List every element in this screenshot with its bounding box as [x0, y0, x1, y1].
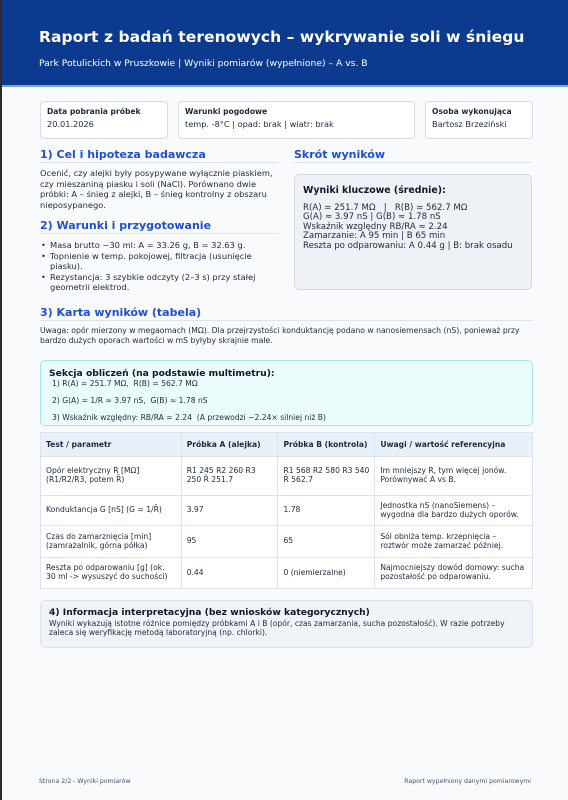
- table-cell: 95: [181, 526, 278, 558]
- summary-line: Reszta po odparowaniu: A 0.44 g | B: bra…: [303, 242, 523, 251]
- calculation-box: Sekcja obliczeń (na podstawie multimetru…: [40, 360, 533, 426]
- interpretation-box: 4) Informacja interpretacyjna (bez wnios…: [40, 600, 533, 648]
- list-item: Topnienie w temp. pokojowej, filtracja (…: [40, 251, 285, 272]
- results-table: Test / parametr Próbka A (alejka) Próbka…: [40, 432, 533, 589]
- column-header: Próbka B (kontrola): [278, 433, 375, 457]
- info-value: 20.01.2026: [47, 119, 161, 129]
- interpretation-text: Wyniki wykazują istotne różnice pomiędzy…: [49, 619, 524, 637]
- table-cell: R1 245 R2 260 R3 250 R̄ 251.7: [181, 457, 278, 496]
- table-cell: 0.44: [181, 558, 278, 589]
- info-value: temp. -8°C | opad: brak | wiatr: brak: [185, 119, 408, 129]
- report-header: Raport z badań terenowych – wykrywanie s…: [2, 0, 568, 87]
- table-cell: 1.78: [278, 496, 375, 526]
- calculation-line: 3) Wskaźnik względny: RB/RA = 2.24 (A pr…: [49, 413, 524, 422]
- summary-box: Wyniki kluczowe (średnie): R(A) = 251.7 …: [294, 174, 532, 290]
- info-label: Data pobrania próbek: [47, 107, 161, 116]
- table-cell: Konduktancja G [nS] (G = 1/R̄): [41, 496, 182, 526]
- table-cell: R1 568 R2 580 R3 540 R̄ 562.7: [278, 457, 375, 496]
- table-row: Konduktancja G [nS] (G = 1/R̄) 3.97 1.78…: [41, 496, 533, 526]
- table-header-row: Test / parametr Próbka A (alejka) Próbka…: [41, 433, 533, 457]
- column-header: Test / parametr: [41, 433, 182, 457]
- goal-text: Ocenić, czy alejki były posypywane wyłąc…: [40, 168, 282, 210]
- info-label: Osoba wykonująca: [432, 107, 526, 116]
- table-row: Czas do zamarznięcia [min] (zamrażalnik,…: [41, 526, 533, 558]
- info-card-date: Data pobrania próbek 20.01.2026: [40, 101, 168, 139]
- table-cell: Im mniejszy R, tym więcej jonów. Porówny…: [375, 457, 533, 496]
- table-cell: Najmocniejszy dowód domowy: sucha pozost…: [375, 558, 533, 589]
- column-header: Próbka A (alejka): [181, 433, 278, 457]
- section-title-results: 3) Karta wyników (tabela): [40, 306, 533, 321]
- section-title-goal: 1) Cel i hipoteza badawcza: [40, 148, 278, 163]
- calculation-line: 2) G(A) = 1/R ≈ 3.97 nS, G(B) ≈ 1.78 nS: [49, 396, 524, 405]
- section-title-conditions: 2) Warunki i przygotowanie: [40, 219, 278, 234]
- calculation-line: 1) R(A) = 251.7 MΩ, R(B) = 562.7 MΩ: [49, 379, 524, 388]
- column-header: Uwagi / wartość referencyjna: [375, 433, 533, 457]
- list-item: Rezystancja: 3 szybkie odczyty (2–3 s) p…: [40, 272, 285, 293]
- interpretation-title: 4) Informacja interpretacyjna (bez wnios…: [49, 607, 524, 618]
- table-cell: Reszta po odparowaniu [g] (ok. 30 ml -> …: [41, 558, 182, 589]
- footer-page-info: Strona 2/2 - Wyniki pomiarów: [39, 778, 130, 785]
- info-label: Warunki pogodowe: [185, 107, 408, 116]
- summary-box-title: Wyniki kluczowe (średnie):: [303, 185, 523, 196]
- info-card-person: Osoba wykonująca Bartosz Brzeziński: [425, 101, 533, 139]
- section-title-summary: Skrót wyników: [294, 148, 532, 163]
- table-cell: 0 (niemierzalne): [278, 558, 375, 589]
- table-cell: Czas do zamarznięcia [min] (zamrażalnik,…: [41, 526, 182, 558]
- table-cell: Sól obniża temp. krzepnięcia – roztwór m…: [375, 526, 533, 558]
- table-row: Reszta po odparowaniu [g] (ok. 30 ml -> …: [41, 558, 533, 589]
- table-cell: 3.97: [181, 496, 278, 526]
- table-row: Opór elektryczny R [MΩ] (R1/R2/R3, potem…: [41, 457, 533, 496]
- table-cell: 65: [278, 526, 375, 558]
- info-value: Bartosz Brzeziński: [432, 119, 526, 129]
- list-item: Masa brutto ~30 ml: A = 33.26 g, B = 32.…: [40, 240, 285, 251]
- table-cell: Opór elektryczny R [MΩ] (R1/R2/R3, potem…: [41, 457, 182, 496]
- info-card-weather: Warunki pogodowe temp. -8°C | opad: brak…: [178, 101, 415, 139]
- table-cell: Jednostka nS (nanoSiemens) – wygodna dla…: [375, 496, 533, 526]
- report-title: Raport z badań terenowych – wykrywanie s…: [39, 28, 524, 46]
- report-subtitle: Park Potulickich w Pruszkowie | Wyniki p…: [39, 58, 368, 69]
- footer-note: Raport wypełniony danymi pomiarowymi: [404, 778, 531, 785]
- results-note: Uwaga: opór mierzony w megaomach (MΩ). D…: [40, 326, 535, 346]
- conditions-list: Masa brutto ~30 ml: A = 33.26 g, B = 32.…: [40, 240, 285, 293]
- calculation-title: Sekcja obliczeń (na podstawie multimetru…: [49, 368, 524, 379]
